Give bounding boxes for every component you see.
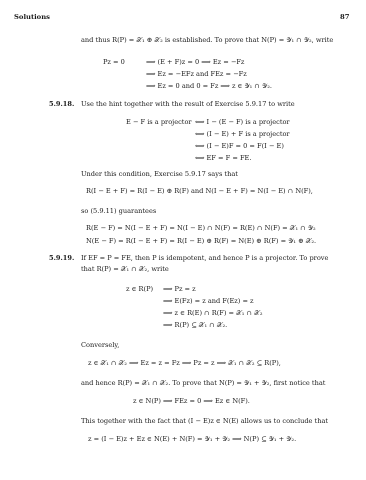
equation-lhs: Pz = 0 [103,59,125,66]
equation-row: ⟺ I − (E − F) is a projector [195,119,290,126]
paragraph-text: so (5.9.11) guarantees [81,208,156,215]
paragraph-text: Conversely, [81,342,119,349]
equation-row: ⟺ EF = F = FE. [195,155,251,162]
equation-row: ⟹ E(Fz) = z and F(Ez) = z [163,298,254,305]
equation-row: ⟺ (I − E) + F is a projector [195,131,290,138]
exercise-text: that R(P) = 𝒳₁ ∩ 𝒳₂, write [81,266,169,273]
exercise-number: 5.9.19. [49,255,74,262]
equation-row: ⟹ Ez = −EFz and FEz = −Fz [146,71,247,78]
paragraph-text: Under this condition, Exercise 5.9.17 sa… [81,171,238,178]
equation-row: ⟹ Pz = z [163,286,196,293]
equation-lhs: z ∈ R(P) [126,286,153,293]
equation-line: z ∈ N(P) ⟹ FEz = 0 ⟹ Ez ∈ N(F). [133,398,250,405]
exercise-number: 5.9.18. [49,101,74,108]
paragraph-text: and hence R(P) = 𝒳₁ ∩ 𝒳₂. To prove that … [81,380,325,387]
equation-row: ⟺ (I − E)F = 0 = F(I − E) [195,143,284,150]
equation-row: R(E − F) = N(I − E + F) = N(I − E) ∩ N(F… [86,225,316,232]
exercise-text: Use the hint together with the result of… [81,101,295,108]
exercise-text: If EF = P = FE, then P is idempotent, an… [81,255,328,262]
equation-row: N(E − F) = R(I − E + F) = R(I − E) ⊕ R(F… [86,238,316,245]
equation-row: ⟹ Ez = 0 and 0 = Fz ⟹ z ∈ 𝒴₁ ∩ 𝒴₂. [146,83,272,90]
page-number: 87 [340,14,349,21]
equation-line: z = (I − E)z + Ez ∈ N(E) + N(F) = 𝒴₁ + 𝒴… [88,436,296,443]
equation-line: z ∈ 𝒳₁ ∩ 𝒳₂ ⟹ Ez = z = Fz ⟹ Pz = z ⟹ 𝒳₁ … [88,360,281,367]
equation-lhs: E − F is a projector [126,119,192,126]
equation-row: ⟹ R(P) ⊆ 𝒳₁ ∩ 𝒳₂. [163,322,227,329]
equation-row: ⟹ z ∈ R(E) ∩ R(F) = 𝒳₁ ∩ 𝒳₂ [163,310,262,317]
intro-paragraph: and thus R(P) = 𝒳₁ ⊕ 𝒳₂ is established. … [81,37,333,44]
paragraph-text: This together with the fact that (I − E)… [81,418,328,425]
equation-line: R(I − E + F) = R(I − E) ⊕ R(F) and N(I −… [86,188,313,195]
equation-row: ⟹ (E + F)z = 0 ⟹ Ez = −Fz [146,59,244,66]
running-header-title: Solutions [14,14,50,21]
